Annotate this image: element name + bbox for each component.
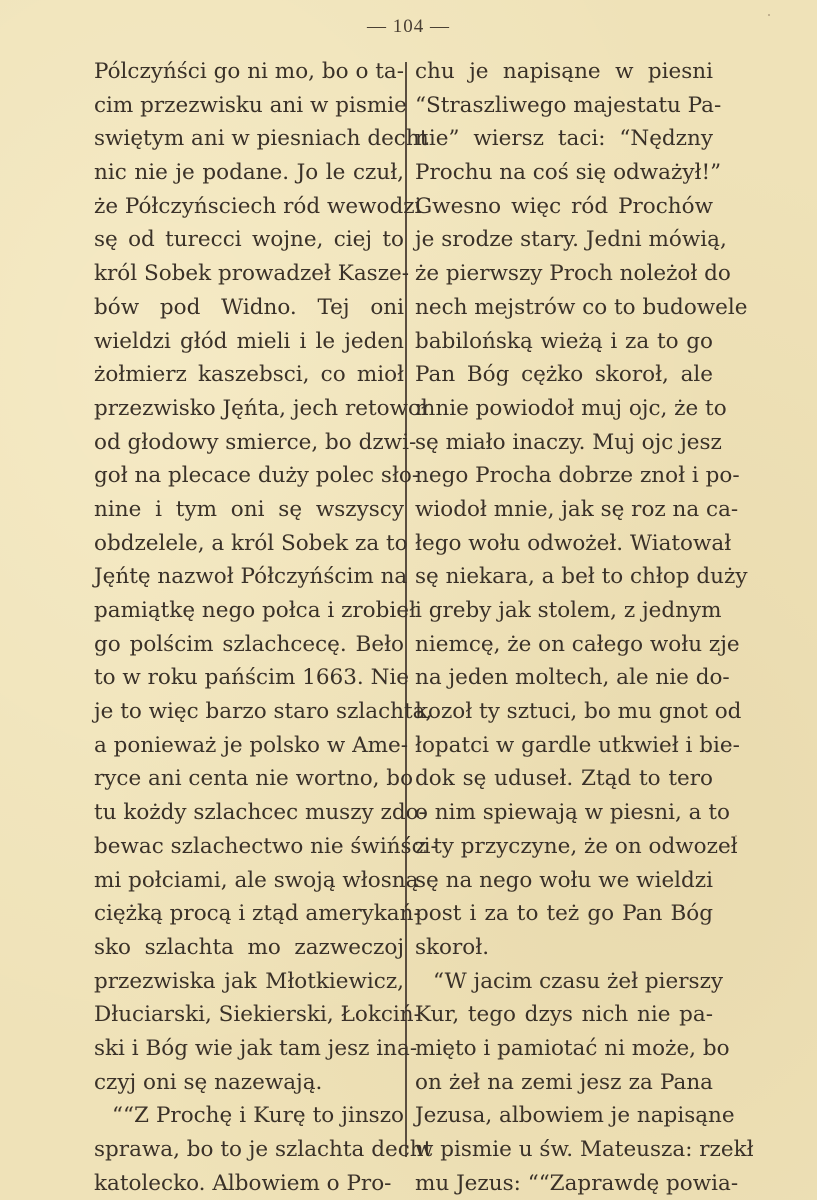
text-line: w pismie u św. Mateusza: rzekł — [415, 1133, 713, 1167]
text-line: Jezusa, albowiem je napisąne — [415, 1099, 713, 1133]
text-line: niemcę, że on całego wołu zje — [415, 628, 713, 662]
text-line: przezwisko Jęńta, jech retowoł — [94, 392, 404, 426]
text-line: ryce ani centa nie wortno, bo — [94, 762, 404, 796]
text-line: sę na nego wołu we wieldzi — [415, 864, 713, 898]
text-line: ciężką procą i ztąd amerykań- — [94, 897, 404, 931]
text-line: łego wołu odwożeł. Wiatował — [415, 527, 713, 561]
text-line: Dłuciarski, Siekierski, Łokciń- — [94, 998, 404, 1032]
text-line: post i za to też go Pan Bóg — [415, 897, 713, 931]
paper-speck — [768, 14, 770, 16]
paper-speck — [735, 835, 737, 837]
text-line: łopatci w gardle utkwieł i bie- — [415, 729, 713, 763]
text-line: nine i tym oni sę wszyscy — [94, 493, 404, 527]
text-line: Jęńtę nazwoł Półczyńścim na — [94, 560, 404, 594]
text-line: swiętym ani w piesniach decht — [94, 122, 404, 156]
text-line: cim przezwisku ani w pismie — [94, 89, 404, 123]
text-line: nech mejstrów co to budowele — [415, 291, 713, 325]
text-line: je to więc barzo staro szlachta, — [94, 695, 404, 729]
book-page: — 104 — Pólczyńści go ni mo, bo o ta-cim… — [0, 0, 817, 1200]
text-line: Kur, tego dzys nich nie pa- — [415, 998, 713, 1032]
text-line: sę od turecci wojne, ciej to — [94, 223, 404, 257]
text-line: Prochu na coś się odważył!” — [415, 156, 713, 190]
text-line: katolecko. Albowiem o Pro- — [94, 1167, 404, 1200]
text-line: bewac szlachectwo nie świńści- — [94, 830, 404, 864]
text-line: na jeden moltech, ale nie do- — [415, 661, 713, 695]
text-line: Gwesno więc ród Prochów — [415, 190, 713, 224]
text-line: skoroł. — [415, 931, 713, 965]
paper-speck — [250, 1187, 252, 1189]
text-line: babilońską wieżą i za to go — [415, 325, 713, 359]
text-line: sko szlachta mo zazweczoj — [94, 931, 404, 965]
text-line: Pólczyńści go ni mo, bo o ta- — [94, 55, 404, 89]
right-column: chu je napisąne w piesni“Straszliwego ma… — [415, 55, 713, 1200]
left-column: Pólczyńści go ni mo, bo o ta-cim przezwi… — [94, 55, 404, 1200]
text-line: sprawa, bo to je szlachta decht — [94, 1133, 404, 1167]
text-line: mi połciami, ale swoją włosną — [94, 864, 404, 898]
text-line: żołmierz kaszebsci, co mioł — [94, 358, 404, 392]
text-line: od głodowy smierce, bo dzwi- — [94, 426, 404, 460]
text-line: i greby jak stolem, z jednym — [415, 594, 713, 628]
text-line: król Sobek prowadzeł Kasze- — [94, 257, 404, 291]
text-line: mnie powiodoł muj ojc, że to — [415, 392, 713, 426]
text-line: a ponieważ je polsko w Ame- — [94, 729, 404, 763]
text-line: to w roku pańścim 1663. Nie — [94, 661, 404, 695]
text-line: mu Jezus: ““Zaprawdę powia- — [415, 1167, 713, 1200]
text-line: goł na plecace duży polec sło- — [94, 459, 404, 493]
text-line: kozoł ty sztuci, bo mu gnot od — [415, 695, 713, 729]
text-line: ski i Bóg wie jak tam jesz ina- — [94, 1032, 404, 1066]
text-line: że pierwszy Proch noleżoł do — [415, 257, 713, 291]
text-line: z ty przyczyne, że on odwozeł — [415, 830, 713, 864]
text-line: wiodoł mnie, jak sę roz na ca- — [415, 493, 713, 527]
text-line: je srodze stary. Jedni mówią, — [415, 223, 713, 257]
text-line: obdzelele, a król Sobek za to — [94, 527, 404, 561]
text-line: bów pod Widno. Tej oni — [94, 291, 404, 325]
text-line: ““Z Prochę i Kurę to jinszo — [94, 1099, 404, 1133]
text-line: nego Procha dobrze znoł i po- — [415, 459, 713, 493]
text-line: nie” wiersz taci: “Nędzny — [415, 122, 713, 156]
text-line: przezwiska jak Młotkiewicz, — [94, 965, 404, 999]
text-line: “W jacim czasu żeł pierszy — [415, 965, 713, 999]
text-line: sę niekara, a beł to chłop duży — [415, 560, 713, 594]
text-line: o nim spiewają w piesni, a to — [415, 796, 713, 830]
text-line: Pan Bóg cężko skoroł, ale — [415, 358, 713, 392]
text-line: sę miało inaczy. Muj ojc jesz — [415, 426, 713, 460]
page-number: — 104 — — [0, 16, 817, 38]
text-line: że Półczyńsciech ród wewodzi — [94, 190, 404, 224]
text-line: go polścim szlachcecę. Beło — [94, 628, 404, 662]
text-line: on żeł na zemi jesz za Pana — [415, 1066, 713, 1100]
text-line: tu kożdy szlachcec muszy zdo- — [94, 796, 404, 830]
text-line: wieldzi głód mieli i le jeden — [94, 325, 404, 359]
text-line: “Straszliwego majestatu Pa- — [415, 89, 713, 123]
text-line: nic nie je podane. Jo le czuł, — [94, 156, 404, 190]
text-line: pamiątkę nego połca i zrobieł — [94, 594, 404, 628]
text-line: chu je napisąne w piesni — [415, 55, 713, 89]
text-line: dok sę uduseł. Ztąd to tero — [415, 762, 713, 796]
text-line: mięto i pamiotać ni może, bo — [415, 1032, 713, 1066]
text-line: czyj oni sę nazewają. — [94, 1066, 404, 1100]
